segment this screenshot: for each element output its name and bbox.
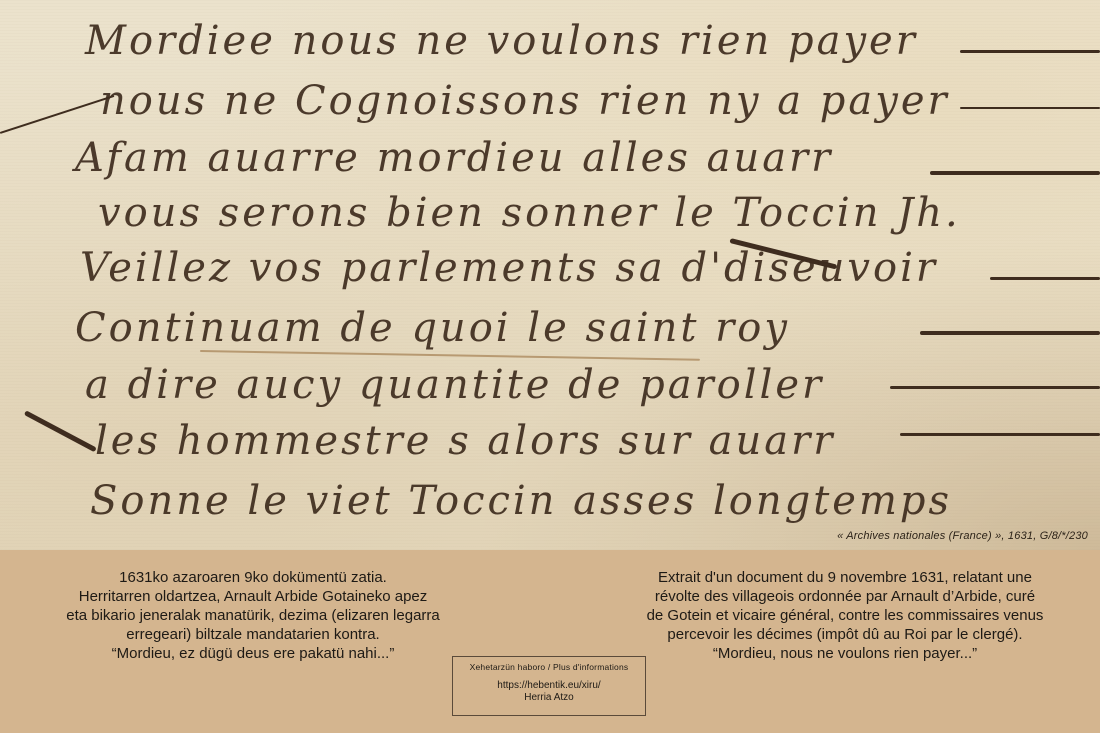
- pen-stroke: [200, 350, 700, 361]
- caption-french: Extrait d'un document du 9 novembre 1631…: [590, 568, 1100, 663]
- handwritten-line: Veillez vos parlements sa d'diseuvoir: [80, 245, 938, 291]
- caption-line: 1631ko azaroaren 9ko dokümentü zatia.: [3, 568, 503, 587]
- pen-stroke: [960, 50, 1100, 53]
- handwritten-line: nous ne Cognoissons rien ny a payer: [100, 78, 950, 124]
- handwritten-line: Afam auarre mordieu alles auarr: [75, 135, 833, 181]
- pen-stroke: [960, 107, 1100, 109]
- pen-stroke: [890, 386, 1100, 389]
- handwritten-line: a dire aucy quantite de paroller: [85, 362, 824, 408]
- handwritten-line: vous serons bien sonner le Toccin Jh.: [98, 190, 961, 236]
- more-info-url[interactable]: https://hebentik.eu/xiru/: [453, 680, 645, 691]
- manuscript-image: Mordiee nous ne voulons rien payer nous …: [0, 0, 1100, 550]
- caption-line: Extrait d'un document du 9 novembre 1631…: [590, 568, 1100, 587]
- more-info-label: Xehetarzün haboro / Plus d'informations: [453, 662, 645, 672]
- caption-line: eta bikario jeneralak manatürik, dezima …: [3, 606, 503, 625]
- pen-stroke: [920, 331, 1100, 335]
- pen-stroke: [0, 95, 114, 134]
- handwritten-line: Sonne le viet Toccin asses longtemps: [90, 478, 952, 524]
- caption-line: Herritarren oldartzea, Arnault Arbide Go…: [3, 587, 503, 606]
- caption-line: de Gotein et vicaire général, contre les…: [590, 606, 1100, 625]
- caption-quote: “Mordieu, nous ne voulons rien payer...”: [590, 644, 1100, 663]
- caption-quote: “Mordieu, ez dügü deus ere pakatü nahi..…: [3, 644, 503, 663]
- handwritten-line: les hommestre s alors sur auarr: [95, 418, 835, 464]
- more-info-name: Herria Atzo: [453, 692, 645, 703]
- caption-line: révolte des villageois ordonnée par Arna…: [590, 587, 1100, 606]
- caption-basque: 1631ko azaroaren 9ko dokümentü zatia. He…: [3, 568, 503, 663]
- handwritten-line: Mordiee nous ne voulons rien payer: [85, 18, 918, 64]
- pen-stroke: [900, 433, 1100, 436]
- source-citation: « Archives nationales (France) », 1631, …: [837, 530, 1088, 542]
- pen-stroke: [24, 410, 97, 452]
- caption-line: percevoir les décimes (impôt dû au Roi p…: [590, 625, 1100, 644]
- pen-stroke: [930, 171, 1100, 175]
- caption-line: erregeari) biltzale mandatarien kontra.: [3, 625, 503, 644]
- more-info-box: Xehetarzün haboro / Plus d'informations …: [452, 656, 646, 716]
- handwritten-line: Continuam de quoi le saint roy: [75, 305, 790, 351]
- pen-stroke: [990, 277, 1100, 280]
